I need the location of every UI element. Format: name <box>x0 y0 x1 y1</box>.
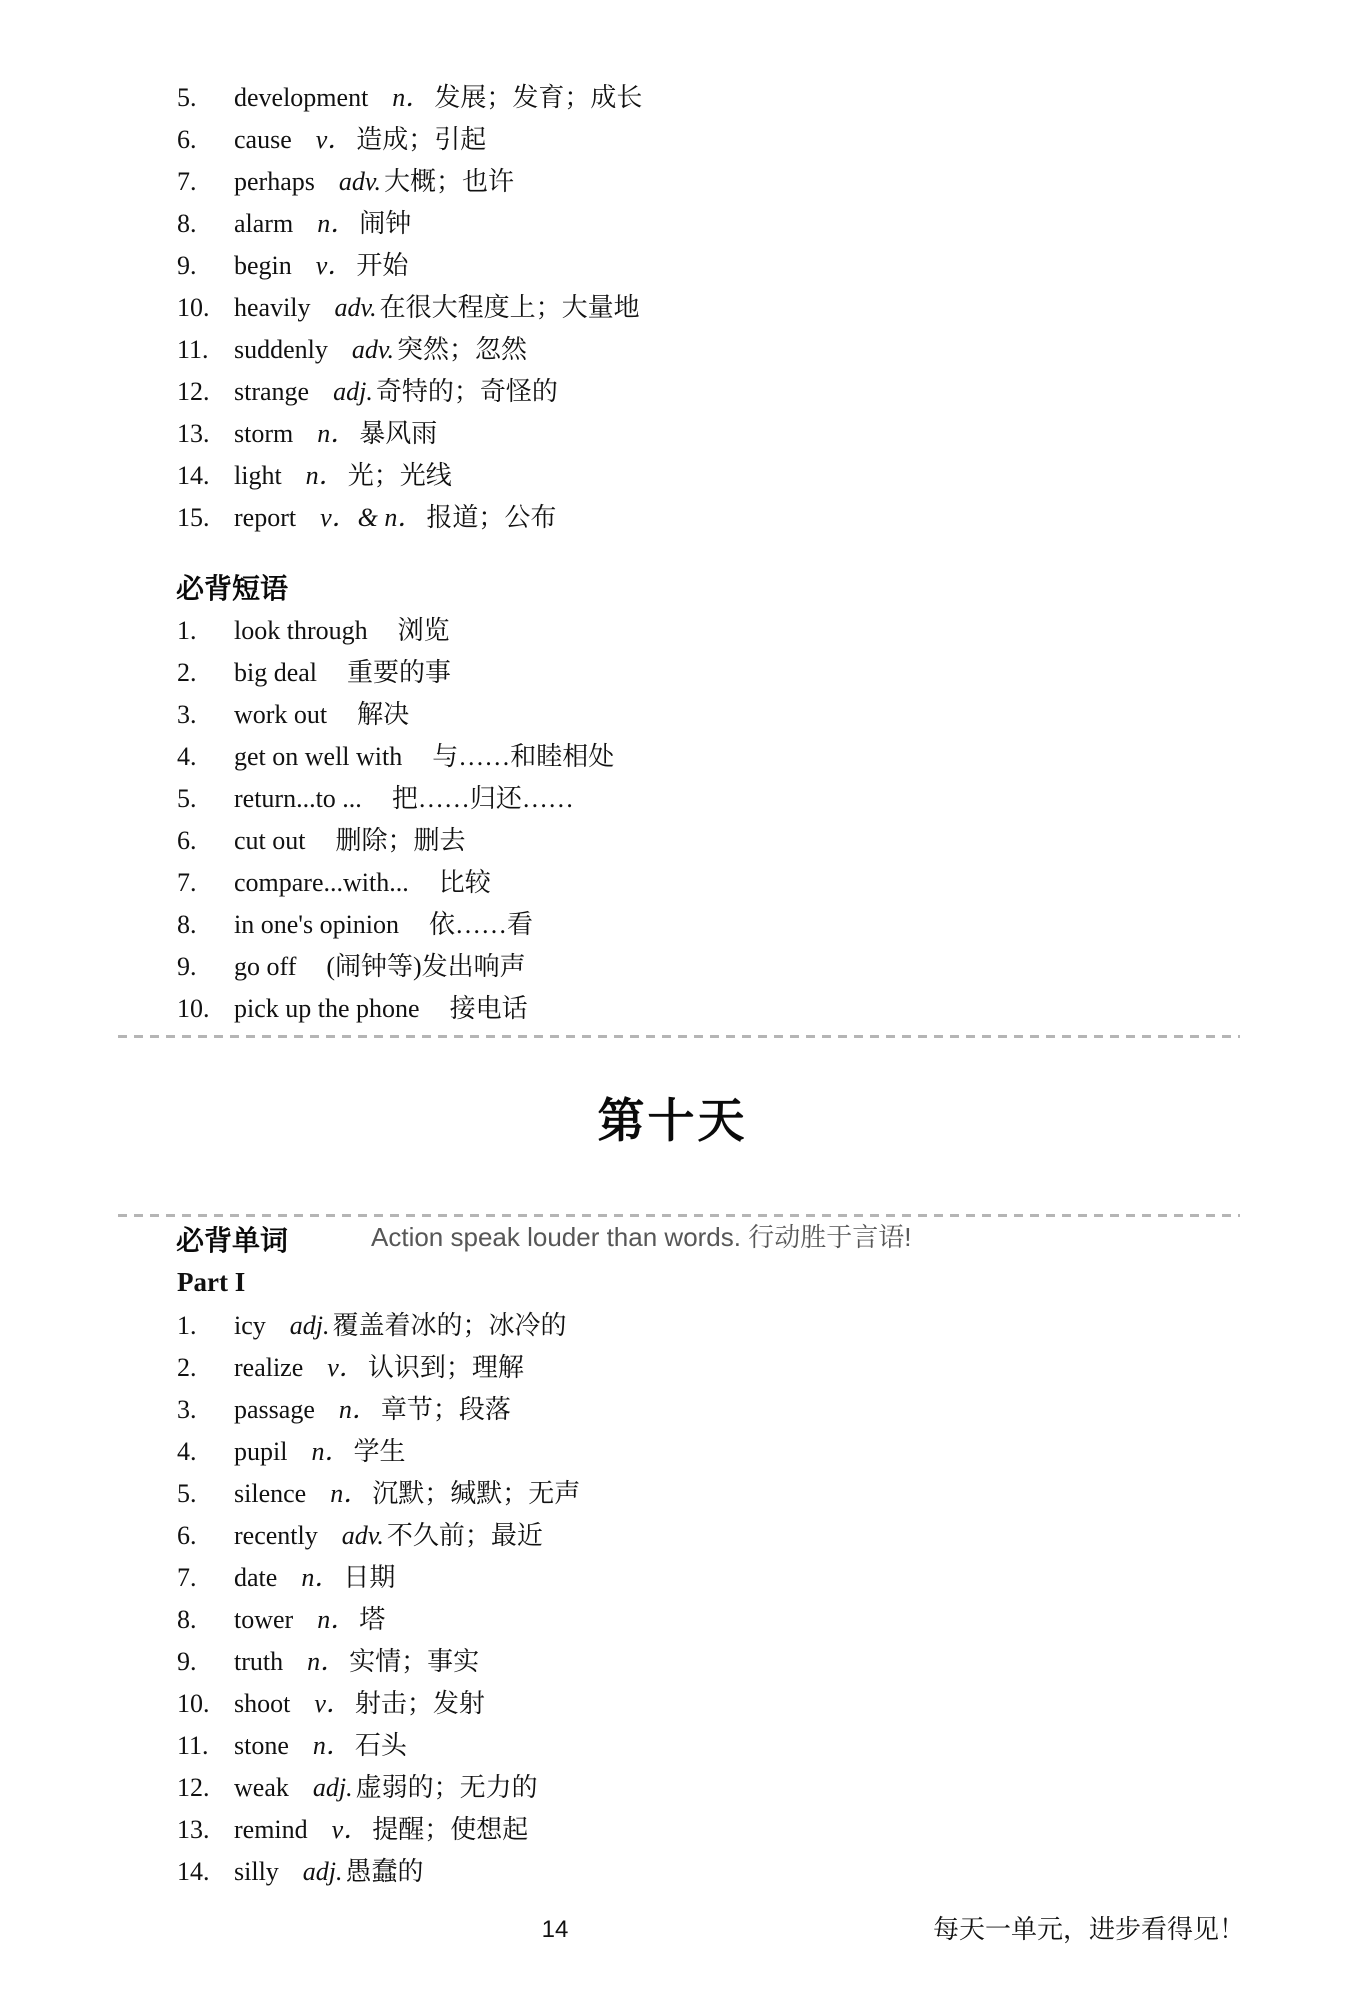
item-number: 6. <box>177 119 234 161</box>
phrase-text: return...to ... <box>234 784 362 813</box>
item-number: 8. <box>177 904 234 946</box>
word-text: recently <box>234 1521 318 1550</box>
item-number: 2. <box>177 652 234 694</box>
word-text: shoot <box>234 1689 290 1718</box>
word-text: begin <box>234 251 292 280</box>
pos-label: adv. <box>352 335 394 364</box>
item-number: 7. <box>177 161 234 203</box>
item-number: 8. <box>177 203 234 245</box>
meaning-text: 章节；段落 <box>381 1395 511 1424</box>
pos-label: n． <box>317 209 356 238</box>
meaning-text: 接电话 <box>450 994 528 1023</box>
meaning-text: 报道；公布 <box>426 503 556 532</box>
item-number: 10. <box>177 1683 234 1725</box>
word-text: heavily <box>234 293 311 322</box>
part1-word-list: 1.icyadj.覆盖着冰的；冰冷的 2.realizev．认识到；理解 3.p… <box>177 1305 580 1893</box>
word-row: 5.silencen．沉默；缄默；无声 <box>177 1473 580 1515</box>
meaning-text: 愚蠢的 <box>346 1857 424 1886</box>
meaning-text: 把……归还…… <box>392 784 574 813</box>
phrase-text: cut out <box>234 826 306 855</box>
item-number: 9. <box>177 946 234 988</box>
pos-label: v．& n． <box>320 503 423 532</box>
meaning-text: 塔 <box>359 1605 385 1634</box>
item-number: 10. <box>177 287 234 329</box>
item-number: 15. <box>177 497 234 539</box>
phrase-row: 10.pick up the phone接电话 <box>177 988 614 1030</box>
word-text: date <box>234 1563 277 1592</box>
word-row: 5.developmentn．发展；发育；成长 <box>177 77 642 119</box>
meaning-text: 射击；发射 <box>355 1689 485 1718</box>
phrase-row: 2.big deal重要的事 <box>177 652 614 694</box>
pos-label: adj. <box>290 1311 330 1340</box>
meaning-text: 比较 <box>439 868 491 897</box>
word-text: silence <box>234 1479 306 1508</box>
meaning-text: 暴风雨 <box>359 419 437 448</box>
item-number: 8. <box>177 1599 234 1641</box>
word-text: storm <box>234 419 293 448</box>
meaning-text: 突然；忽然 <box>397 335 527 364</box>
word-text: report <box>234 503 296 532</box>
word-text: light <box>234 461 282 490</box>
word-text: cause <box>234 125 292 154</box>
pos-label: v． <box>327 1353 365 1382</box>
phrase-row: 3.work out解决 <box>177 694 614 736</box>
item-number: 7. <box>177 1557 234 1599</box>
document-page: 5.developmentn．发展；发育；成长 6.causev．造成；引起 7… <box>0 0 1345 2003</box>
page-number: 14 <box>535 1916 575 1944</box>
word-row: 10.shootv．射击；发射 <box>177 1683 580 1725</box>
item-number: 1. <box>177 610 234 652</box>
word-text: remind <box>234 1815 308 1844</box>
word-text: stone <box>234 1731 289 1760</box>
pos-label: adj. <box>333 377 373 406</box>
pos-label: v． <box>332 1815 370 1844</box>
word-row: 13.stormn．暴风雨 <box>177 413 642 455</box>
word-text: tower <box>234 1605 293 1634</box>
pos-label: adj. <box>313 1773 353 1802</box>
item-number: 9. <box>177 1641 234 1683</box>
item-number: 6. <box>177 820 234 862</box>
phrase-text: get on well with <box>234 742 402 771</box>
meaning-text: 日期 <box>343 1563 395 1592</box>
pos-label: n． <box>317 1605 356 1634</box>
item-number: 4. <box>177 1431 234 1473</box>
meaning-text: 奇特的；奇怪的 <box>376 377 558 406</box>
item-number: 2. <box>177 1347 234 1389</box>
item-number: 4. <box>177 736 234 778</box>
motto-text: Action speak louder than words. 行动胜于言语! <box>371 1220 911 1254</box>
day-title: 第十天 <box>0 1092 1345 1152</box>
part-label: Part I <box>177 1266 245 1298</box>
word-row: 3.passagen．章节；段落 <box>177 1389 580 1431</box>
phrase-list: 1.look through浏览 2.big deal重要的事 3.work o… <box>177 610 614 1030</box>
item-number: 12. <box>177 371 234 413</box>
word-text: pupil <box>234 1437 287 1466</box>
dashed-divider-bottom <box>118 1214 1240 1217</box>
meaning-text: 不久前；最近 <box>387 1521 543 1550</box>
meaning-text: 开始 <box>356 251 408 280</box>
pos-label: adv. <box>335 293 377 322</box>
phrase-row: 9.go off(闹钟等)发出响声 <box>177 946 614 988</box>
meaning-text: 浏览 <box>398 616 450 645</box>
phrase-row: 7.compare...with...比较 <box>177 862 614 904</box>
meaning-text: 光；光线 <box>348 461 452 490</box>
meaning-text: 认识到；理解 <box>368 1353 524 1382</box>
pos-label: n． <box>339 1395 378 1424</box>
meaning-text: 发展；发育；成长 <box>434 83 642 112</box>
word-row: 12.strangeadj.奇特的；奇怪的 <box>177 371 642 413</box>
pos-label: v． <box>316 251 354 280</box>
word-row: 11.stonen．石头 <box>177 1725 580 1767</box>
word-text: silly <box>234 1857 279 1886</box>
pos-label: n． <box>392 83 431 112</box>
item-number: 13. <box>177 413 234 455</box>
meaning-text: (闹钟等)发出响声 <box>326 952 525 981</box>
item-number: 1. <box>177 1305 234 1347</box>
phrase-text: work out <box>234 700 327 729</box>
word-row: 9.truthn．实情；事实 <box>177 1641 580 1683</box>
pos-label: n． <box>306 461 345 490</box>
meaning-text: 重要的事 <box>347 658 451 687</box>
word-text: icy <box>234 1311 266 1340</box>
word-text: truth <box>234 1647 283 1676</box>
word-row: 7.daten．日期 <box>177 1557 580 1599</box>
word-text: perhaps <box>234 167 315 196</box>
word-row: 15.reportv．& n．报道；公布 <box>177 497 642 539</box>
pos-label: n． <box>307 1647 346 1676</box>
footer-slogan: 每天一单元，进步看得见！ <box>933 1914 1245 1946</box>
item-number: 5. <box>177 778 234 820</box>
item-number: 14. <box>177 1851 234 1893</box>
phrase-row: 1.look through浏览 <box>177 610 614 652</box>
words-section-heading: 必背单词 <box>176 1224 288 1258</box>
word-text: development <box>234 83 368 112</box>
meaning-text: 大概；也许 <box>384 167 514 196</box>
word-row: 1.icyadj.覆盖着冰的；冰冷的 <box>177 1305 580 1347</box>
word-row: 12.weakadj.虚弱的；无力的 <box>177 1767 580 1809</box>
meaning-text: 覆盖着冰的；冰冷的 <box>333 1311 567 1340</box>
dashed-divider-top <box>118 1035 1240 1038</box>
meaning-text: 提醒；使想起 <box>372 1815 528 1844</box>
item-number: 10. <box>177 988 234 1030</box>
pos-label: adv. <box>342 1521 384 1550</box>
meaning-text: 与……和睦相处 <box>432 742 614 771</box>
pos-label: n． <box>311 1437 350 1466</box>
pos-label: adv. <box>339 167 381 196</box>
meaning-text: 解决 <box>357 700 409 729</box>
meaning-text: 依……看 <box>429 910 533 939</box>
phrases-section-heading: 必背短语 <box>176 572 288 606</box>
pos-label: n． <box>317 419 356 448</box>
pos-label: n． <box>330 1479 369 1508</box>
meaning-text: 实情；事实 <box>349 1647 479 1676</box>
pos-label: v． <box>314 1689 352 1718</box>
item-number: 14. <box>177 455 234 497</box>
item-number: 7. <box>177 862 234 904</box>
pos-label: n． <box>301 1563 340 1592</box>
word-row: 4.pupiln．学生 <box>177 1431 580 1473</box>
top-word-list: 5.developmentn．发展；发育；成长 6.causev．造成；引起 7… <box>177 77 642 539</box>
meaning-text: 虚弱的；无力的 <box>356 1773 538 1802</box>
item-number: 5. <box>177 77 234 119</box>
word-text: strange <box>234 377 309 406</box>
word-row: 11.suddenlyadv.突然；忽然 <box>177 329 642 371</box>
phrase-text: pick up the phone <box>234 994 420 1023</box>
item-number: 6. <box>177 1515 234 1557</box>
word-row: 9.beginv．开始 <box>177 245 642 287</box>
word-row: 7.perhapsadv.大概；也许 <box>177 161 642 203</box>
word-row: 14.sillyadj.愚蠢的 <box>177 1851 580 1893</box>
item-number: 12. <box>177 1767 234 1809</box>
phrase-text: go off <box>234 952 296 981</box>
word-text: weak <box>234 1773 289 1802</box>
word-row: 6.recentlyadv.不久前；最近 <box>177 1515 580 1557</box>
word-row: 2.realizev．认识到；理解 <box>177 1347 580 1389</box>
item-number: 3. <box>177 1389 234 1431</box>
meaning-text: 闹钟 <box>359 209 411 238</box>
phrase-text: in one's opinion <box>234 910 399 939</box>
word-row: 8.towern．塔 <box>177 1599 580 1641</box>
word-text: suddenly <box>234 335 328 364</box>
pos-label: n． <box>313 1731 352 1760</box>
meaning-text: 造成；引起 <box>356 125 486 154</box>
meaning-text: 石头 <box>355 1731 407 1760</box>
phrase-row: 4.get on well with与……和睦相处 <box>177 736 614 778</box>
item-number: 9. <box>177 245 234 287</box>
word-row: 6.causev．造成；引起 <box>177 119 642 161</box>
phrase-row: 6.cut out删除；删去 <box>177 820 614 862</box>
word-row: 13.remindv．提醒；使想起 <box>177 1809 580 1851</box>
word-text: alarm <box>234 209 293 238</box>
word-text: realize <box>234 1353 303 1382</box>
word-row: 10.heavilyadv.在很大程度上；大量地 <box>177 287 642 329</box>
meaning-text: 在很大程度上；大量地 <box>380 293 640 322</box>
phrase-text: big deal <box>234 658 317 687</box>
word-text: passage <box>234 1395 315 1424</box>
phrase-row: 8.in one's opinion依……看 <box>177 904 614 946</box>
item-number: 3. <box>177 694 234 736</box>
meaning-text: 删除；删去 <box>336 826 466 855</box>
word-row: 14.lightn．光；光线 <box>177 455 642 497</box>
pos-label: v． <box>316 125 354 154</box>
item-number: 11. <box>177 1725 234 1767</box>
item-number: 13. <box>177 1809 234 1851</box>
phrase-text: compare...with... <box>234 868 409 897</box>
item-number: 5. <box>177 1473 234 1515</box>
meaning-text: 学生 <box>353 1437 405 1466</box>
word-row: 8.alarmn．闹钟 <box>177 203 642 245</box>
phrase-text: look through <box>234 616 368 645</box>
phrase-row: 5.return...to ...把……归还…… <box>177 778 614 820</box>
meaning-text: 沉默；缄默；无声 <box>372 1479 580 1508</box>
pos-label: adj. <box>303 1857 343 1886</box>
item-number: 11. <box>177 329 234 371</box>
